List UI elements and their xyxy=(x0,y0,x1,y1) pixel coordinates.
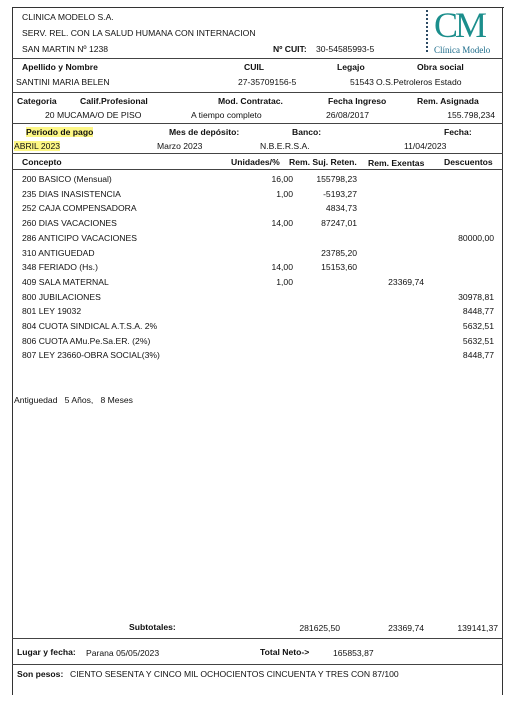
header-obra-social: Obra social xyxy=(417,62,464,72)
header-rem-suj-reten: Rem. Suj. Reten. xyxy=(289,157,357,167)
frame-left-border xyxy=(12,7,13,695)
fecha-value: 11/04/2023 xyxy=(404,141,446,151)
row-descuentos: 8448,77 xyxy=(440,350,494,360)
row-concepto: 200 BASICO (Mensual) xyxy=(22,174,222,184)
son-pesos-value: CIENTO SESENTA Y CINCO MIL OCHOCIENTOS C… xyxy=(70,669,399,679)
row-rem-suj-reten: 87247,01 xyxy=(300,218,357,228)
row-concepto: 409 SALA MATERNAL xyxy=(22,277,222,287)
row-concepto: 806 CUOTA AMu.Pe.Sa.ER. (2%) xyxy=(22,336,222,346)
lugar-fecha-value: Parana 05/05/2023 xyxy=(86,648,159,658)
row-descuentos: 5632,51 xyxy=(440,321,494,331)
row-unidades: 1,00 xyxy=(244,277,293,287)
row-unidades: 14,00 xyxy=(244,218,293,228)
employer-activity: SERV. REL. CON LA SALUD HUMANA CON INTER… xyxy=(22,28,256,38)
row-concepto: 260 DIAS VACACIONES xyxy=(22,218,222,228)
header-concepto: Concepto xyxy=(22,157,62,167)
header-rem-asignada: Rem. Asignada xyxy=(417,96,479,106)
cuit-label: Nº CUIT: xyxy=(273,44,307,54)
son-pesos-label: Son pesos: xyxy=(17,669,63,679)
divider xyxy=(12,153,503,154)
header-rem-exentas: Rem. Exentas xyxy=(368,158,424,168)
divider xyxy=(12,58,503,59)
divider xyxy=(12,123,503,124)
frame-right-border xyxy=(502,7,503,695)
row-concepto: 286 ANTICIPO VACACIONES xyxy=(22,233,222,243)
row-rem-suj-reten: 155798,23 xyxy=(300,174,357,184)
antiguedad: Antiguedad 5 Años, 8 Meses xyxy=(14,395,133,405)
subtotal-descuentos: 139141,37 xyxy=(448,623,498,633)
categoria-value: 20 MUCAMA/O DE PISO xyxy=(45,110,141,120)
periodo-value: ABRIL 2023 xyxy=(14,141,60,151)
header-fecha-ingreso: Fecha Ingreso xyxy=(328,96,386,106)
total-neto-label: Total Neto-> xyxy=(260,647,309,657)
row-unidades: 14,00 xyxy=(244,262,293,272)
banco-value: N.B.E.R.S.A. xyxy=(260,141,310,151)
header-mod-contratac: Mod. Contratac. xyxy=(218,96,283,106)
employee-cuil: 27-35709156-5 xyxy=(238,77,296,87)
subtotal-rem-suj: 281625,50 xyxy=(290,623,340,633)
header-calif: Calif.Profesional xyxy=(80,96,148,106)
header-cuil: CUIL xyxy=(244,62,264,72)
lugar-fecha-label: Lugar y fecha: xyxy=(17,647,76,657)
row-concepto: 235 DIAS INASISTENCIA xyxy=(22,189,222,199)
header-periodo: Periodo de pago xyxy=(26,127,93,137)
employee-obra-social: O.S.Petroleros Estado xyxy=(376,77,462,87)
row-rem-suj-reten: 15153,60 xyxy=(300,262,357,272)
header-categoria: Categoria xyxy=(17,96,57,106)
employer-name: CLINICA MODELO S.A. xyxy=(22,12,114,22)
row-descuentos: 30978,81 xyxy=(440,292,494,302)
employee-name: SANTINI MARIA BELEN xyxy=(16,77,110,87)
logo-dots-icon xyxy=(426,10,428,54)
fecha-ingreso-value: 26/08/2017 xyxy=(326,110,369,120)
header-descuentos: Descuentos xyxy=(444,157,493,167)
row-descuentos: 8448,77 xyxy=(440,306,494,316)
header-unidades: Unidades/% xyxy=(231,157,280,167)
divider xyxy=(12,638,503,639)
mes-deposito-value: Marzo 2023 xyxy=(157,141,202,151)
header-name: Apellido y Nombre xyxy=(22,62,98,72)
row-concepto: 801 LEY 19032 xyxy=(22,306,222,316)
logo-subtitle: Clínica Modelo xyxy=(434,45,490,55)
row-concepto: 807 LEY 23660-OBRA SOCIAL(3%) xyxy=(22,350,222,360)
rem-asignada-value: 155.798,234 xyxy=(420,110,495,120)
row-concepto: 348 FERIADO (Hs.) xyxy=(22,262,222,272)
row-rem-exentas: 23369,74 xyxy=(370,277,424,287)
row-rem-suj-reten: -5193,27 xyxy=(300,189,357,199)
divider xyxy=(12,92,503,93)
divider xyxy=(12,169,503,170)
row-descuentos: 5632,51 xyxy=(440,336,494,346)
divider xyxy=(12,664,503,665)
row-concepto: 310 ANTIGUEDAD xyxy=(22,248,222,258)
row-rem-suj-reten: 23785,20 xyxy=(300,248,357,258)
row-descuentos: 80000,00 xyxy=(440,233,494,243)
header-legajo: Legajo xyxy=(337,62,365,72)
row-unidades: 16,00 xyxy=(244,174,293,184)
total-neto-value: 165853,87 xyxy=(333,648,374,658)
mod-contratac-value: A tiempo completo xyxy=(191,110,262,120)
logo-monogram: CM xyxy=(434,5,484,45)
row-concepto: 804 CUOTA SINDICAL A.T.S.A. 2% xyxy=(22,321,222,331)
row-rem-suj-reten: 4834,73 xyxy=(300,203,357,213)
header-banco: Banco: xyxy=(292,127,321,137)
row-concepto: 800 JUBILACIONES xyxy=(22,292,222,302)
employer-address: SAN MARTIN Nº 1238 xyxy=(22,44,108,54)
clinica-modelo-logo: CM Clínica Modelo xyxy=(424,8,500,56)
subtotal-rem-exentas: 23369,74 xyxy=(374,623,424,633)
employee-legajo: 51543 xyxy=(350,77,374,87)
header-fecha: Fecha: xyxy=(444,127,472,137)
row-concepto: 252 CAJA COMPENSADORA xyxy=(22,203,222,213)
header-mes-deposito: Mes de depósito: xyxy=(169,127,239,137)
row-unidades: 1,00 xyxy=(244,189,293,199)
cuit-value: 30-54585993-5 xyxy=(316,44,374,54)
subtotals-label: Subtotales: xyxy=(129,622,176,632)
